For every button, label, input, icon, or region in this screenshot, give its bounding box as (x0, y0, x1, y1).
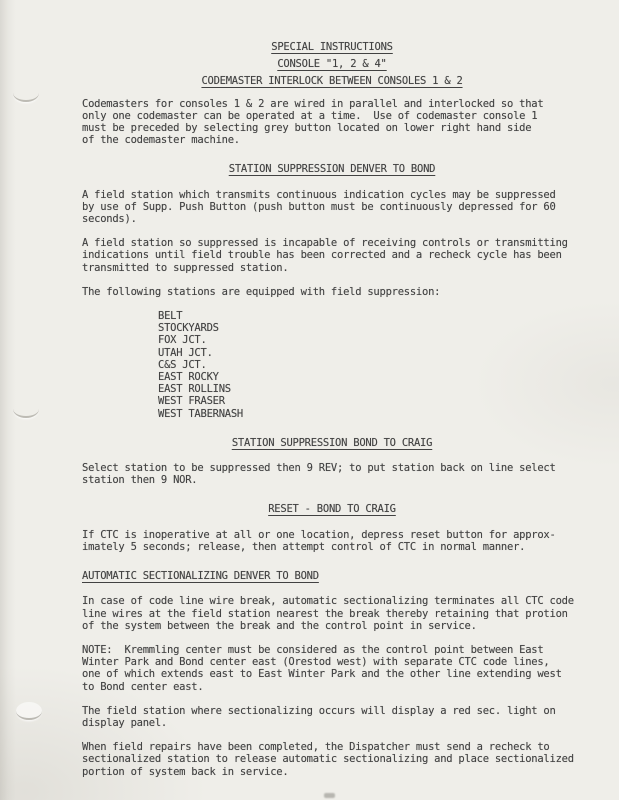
document-body: SPECIAL INSTRUCTIONS CONSOLE "1, 2 & 4" … (82, 41, 582, 790)
paragraph-sectionalizing-wire-break: In case of code line wire break, automat… (82, 595, 582, 632)
paragraph-stations-intro: The following stations are equipped with… (82, 286, 582, 298)
paragraph-sectionalizing-note-kremmling: NOTE: Kremmling center must be considere… (82, 644, 582, 693)
section-heading-suppression-bond-craig: STATION SUPPRESSION BOND TO CRAIG (82, 437, 582, 449)
doc-title: SPECIAL INSTRUCTIONS (82, 41, 582, 53)
section-heading-suppression-denver-bond: STATION SUPPRESSION DENVER TO BOND (82, 163, 582, 175)
paragraph-suppression-effect: A field station so suppressed is incapab… (82, 237, 582, 274)
paragraph-sectionalizing-recheck: When field repairs have been completed, … (82, 741, 582, 778)
paragraph-reset-procedure: If CTC is inoperative at all or one loca… (82, 529, 582, 553)
paragraph-sectionalizing-red-light: The field station where sectionalizing o… (82, 705, 582, 729)
punch-hole-shadow-top (13, 84, 39, 102)
punch-hole-shadow-bottom (16, 702, 42, 720)
doc-subtitle-console: CONSOLE "1, 2 & 4" (82, 58, 582, 70)
page-number-mark (324, 793, 335, 798)
station-list: BELT STOCKYARDS FOX JCT. UTAH JCT. C&S J… (158, 310, 582, 420)
paragraph-suppression-bond-craig: Select station to be suppressed then 9 R… (82, 462, 582, 486)
scanned-document-page: SPECIAL INSTRUCTIONS CONSOLE "1, 2 & 4" … (0, 0, 619, 800)
punch-hole-shadow-middle (13, 400, 39, 418)
section-heading-auto-sectionalizing: AUTOMATIC SECTIONALIZING DENVER TO BOND (82, 570, 582, 582)
paragraph-codemaster-interlock: Codemasters for consoles 1 & 2 are wired… (82, 98, 582, 147)
section-heading-reset-bond-craig: RESET - BOND TO CRAIG (82, 503, 582, 515)
section-heading-codemaster-interlock: CODEMASTER INTERLOCK BETWEEN CONSOLES 1 … (82, 75, 582, 87)
paragraph-suppression-push-button: A field station which transmits continuo… (82, 189, 582, 226)
